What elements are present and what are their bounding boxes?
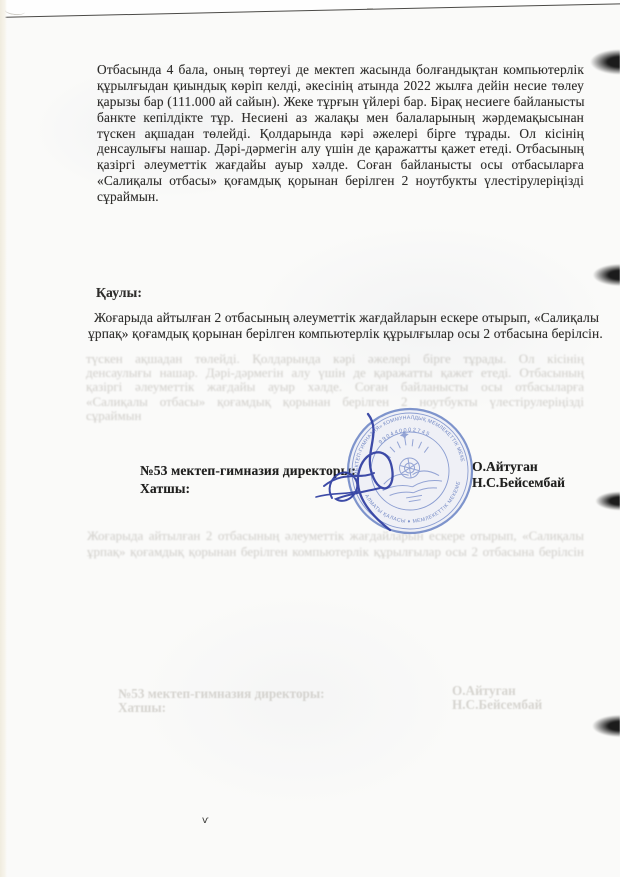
scan-artifact-tick xyxy=(367,5,373,11)
scan-smudge xyxy=(574,46,620,78)
ghost-line: түскен ақшадан төлейді. Қолдарында кәрі … xyxy=(86,352,584,366)
body-line: Отбасында 4 бала, оның төртеуі де мектеп… xyxy=(97,62,584,78)
ghost-line: қазіргі әлеуметтік жағдайы ауыр хәлде. С… xyxy=(86,380,584,394)
ghost-line: денсаулығы нашар. Дәрі-дәрмегін алу үшін… xyxy=(86,366,584,380)
body-line: құрылғыдан қиындық көріп келді, әкесінің… xyxy=(97,78,584,94)
resolution-heading: Қаулы: xyxy=(96,285,142,301)
official-stamp: «№53 МЕКТЕП-ГИМНАЗИЯ» КОММУНАЛДЫҚ МЕМЛЕК… xyxy=(306,400,486,552)
secretary-label: Хатшы: xyxy=(140,481,190,497)
body-paragraph: Отбасында 4 бала, оның төртеуі де мектеп… xyxy=(97,62,584,205)
body-line: «Салиқалы отбасы» қоғамдық қорынан беріл… xyxy=(97,173,584,189)
body-line: қарызы бар (111.000 ай сайын). Жеке тұрғ… xyxy=(97,94,584,110)
body-line: денсаулығы нашар. Дәрі-дәрмегін алу үшін… xyxy=(97,141,584,157)
resolution-paragraph: Жоғарыда айтылған 2 отбасының әлеуметтік… xyxy=(88,310,585,342)
body-line: қазіргі әлеуметтік жағдайы ауыр хәлде. С… xyxy=(97,157,584,173)
resolution-line: Жоғарыда айтылған 2 отбасының әлеуметтік… xyxy=(88,310,585,326)
scanned-document-page: Отбасында 4 бала, оның төртеуі де мектеп… xyxy=(0,0,620,877)
margin-mark: ѵ xyxy=(202,815,209,826)
body-line: банкте кепілдікте тұр. Несиені аз жалақы… xyxy=(97,110,584,126)
resolution-line: ұрпақ» қоғамдық қорынан берілген компьют… xyxy=(88,326,585,342)
scan-smudge xyxy=(577,712,620,740)
ghost-secretary-label: Хатшы: xyxy=(118,700,166,716)
scan-smudge xyxy=(578,261,620,289)
scan-left-edge xyxy=(0,0,7,877)
ghost-secretary-name: Н.С.Бейсембай xyxy=(452,697,542,713)
scan-smudge xyxy=(582,489,620,513)
body-line: түскен ақшадан төлейді. Қолдарында кәрі … xyxy=(97,126,584,142)
scan-edge-line xyxy=(0,0,620,18)
body-line: сұраймын. xyxy=(97,189,584,205)
